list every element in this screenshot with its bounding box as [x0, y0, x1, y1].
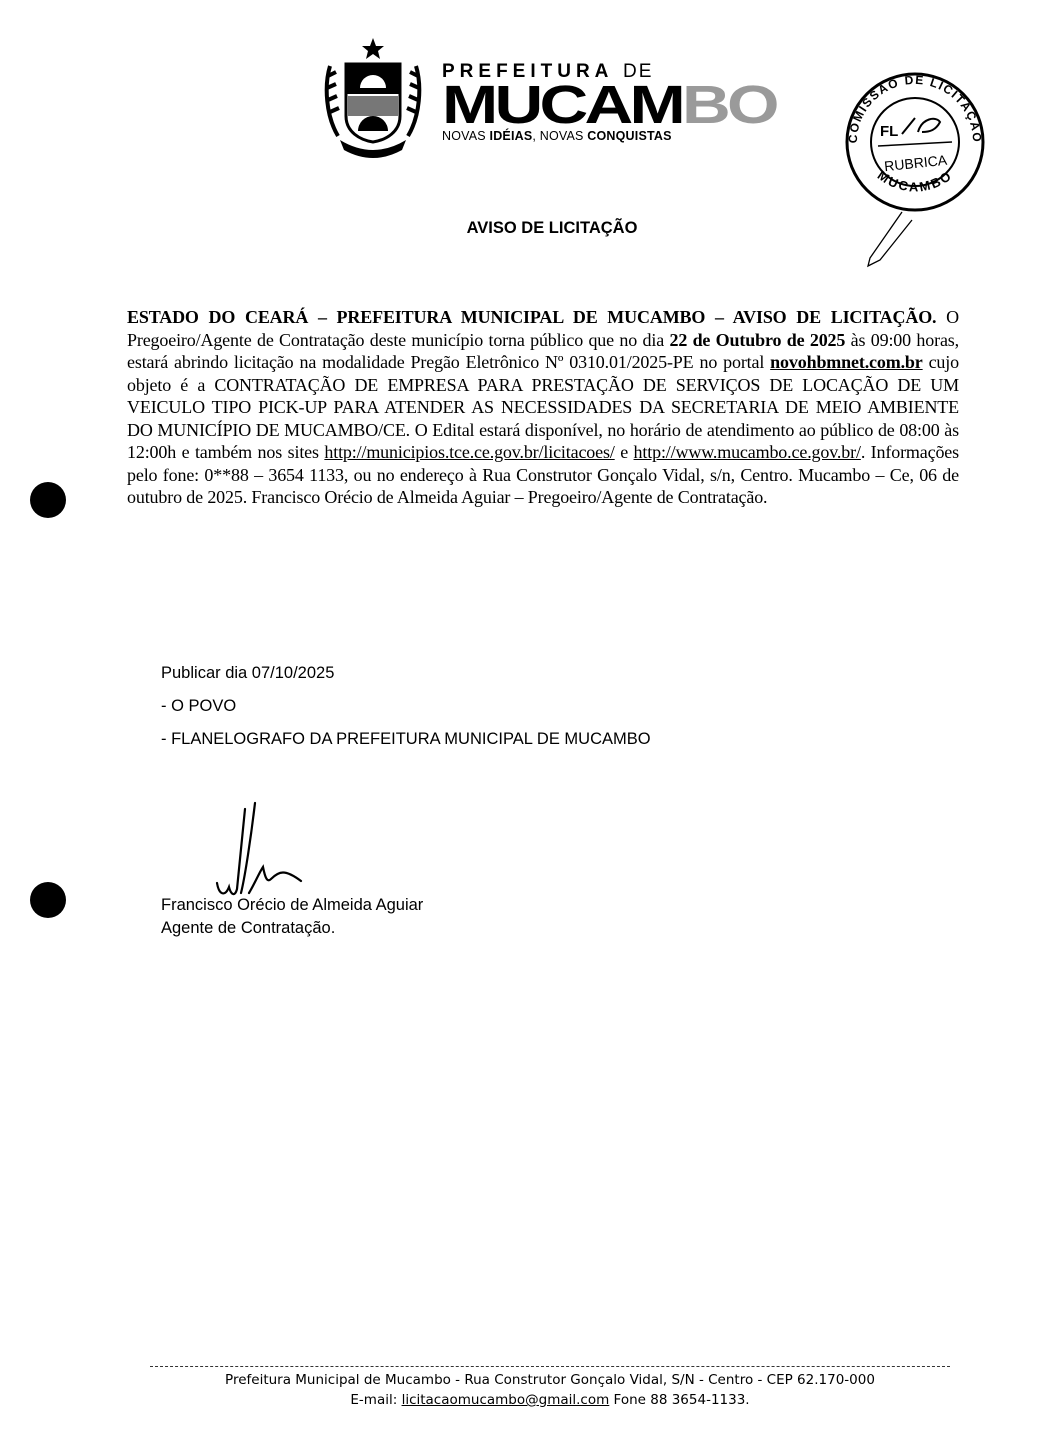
publication-outlet: - FLANELOGRAFO DA PREFEITURA MUNICIPAL D… — [161, 730, 651, 749]
svg-text:FL: FL — [880, 123, 898, 140]
svg-text:RUBRICA: RUBRICA — [883, 152, 948, 175]
footer-divider — [150, 1366, 950, 1367]
mucambo-site-link[interactable]: http://www.mucambo.ce.gov.br/ — [634, 442, 861, 462]
municipal-crest-logo — [318, 36, 428, 158]
logo-name-dark: MUCAM — [442, 75, 682, 135]
svg-text:COMISSÃO DE LICITAÇÃO: COMISSÃO DE LICITAÇÃO — [846, 73, 984, 144]
punch-hole-icon — [30, 882, 66, 918]
footer-contact: E-mail: licitacaomucambo@gmail.com Fone … — [100, 1390, 1000, 1410]
prefeitura-logo-wordmark: PREFEITURA DE MUCAMBO NOVAS IDÉIAS, NOVA… — [442, 62, 732, 144]
signer-name: Francisco Orécio de Almeida Aguiar — [161, 896, 423, 915]
licitacao-commission-stamp: COMISSÃO DE LICITAÇÃO MUCAMBO FL RUBRICA — [840, 70, 990, 270]
signer-role: Agente de Contratação. — [161, 919, 335, 938]
notice-heading: ESTADO DO CEARÁ – PREFEITURA MUNICIPAL D… — [127, 307, 936, 327]
publish-date-line: Publicar dia 07/10/2025 — [161, 664, 334, 683]
notice-text: e — [615, 442, 634, 462]
notice-date: 22 de Outubro de 2025 — [669, 330, 845, 350]
logo-mucambo: MUCAMBO — [442, 82, 805, 128]
handwritten-signature — [205, 797, 315, 907]
footer-email-label: E-mail: — [350, 1392, 401, 1408]
notice-paragraph: ESTADO DO CEARÁ – PREFEITURA MUNICIPAL D… — [127, 306, 959, 509]
footer-phone: Fone 88 3654-1133. — [609, 1392, 749, 1408]
logo-name-light: BO — [682, 75, 776, 135]
publication-outlet: - O POVO — [161, 697, 236, 716]
document-title: AVISO DE LICITAÇÃO — [0, 219, 1038, 238]
footer-address: Prefeitura Municipal de Mucambo - Rua Co… — [100, 1370, 1000, 1390]
punch-hole-icon — [30, 482, 66, 518]
footer-email-link[interactable]: licitacaomucambo@gmail.com — [402, 1392, 610, 1408]
page-footer: Prefeitura Municipal de Mucambo - Rua Co… — [100, 1370, 1000, 1410]
portal-link[interactable]: novohbmnet.com.br — [770, 352, 922, 372]
tce-licitacoes-link[interactable]: http://municipios.tce.ce.gov.br/licitaco… — [324, 442, 614, 462]
